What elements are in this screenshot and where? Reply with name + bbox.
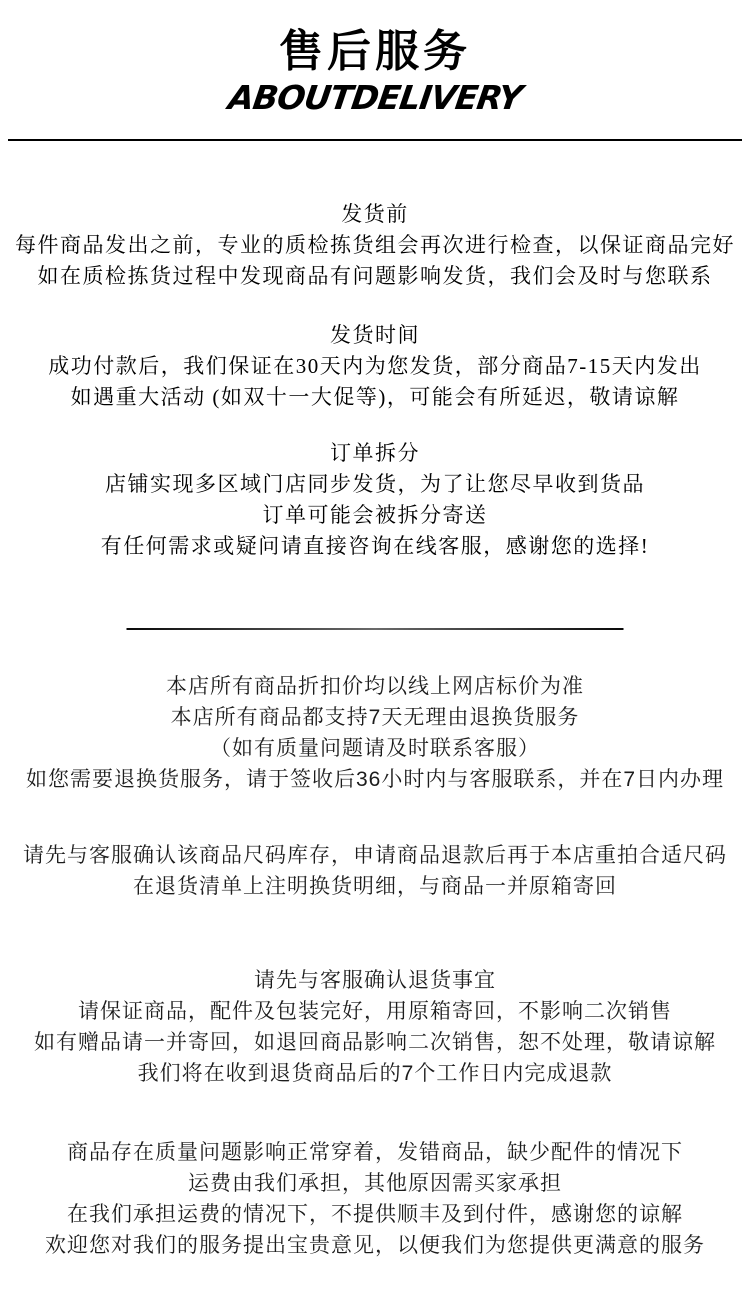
text-line: 本店所有商品都支持7天无理由退换货服务 [0, 702, 750, 733]
text-line: 每件商品发出之前，专业的质检拣货组会再次进行检查，以保证商品完好 [0, 230, 750, 261]
section-heading: 订单拆分 [0, 438, 750, 469]
section-heading: 发货前 [0, 199, 750, 230]
section-shipping-time: 发货时间 成功付款后，我们保证在30天内为您发货，部分商品7-15天内发出 如遇… [0, 320, 750, 413]
top-divider [8, 139, 742, 141]
text-line: 请先与客服确认该商品尺码库存，申请商品退款后再于本店重拍合适尺码 [0, 840, 750, 871]
section-pre-shipping: 发货前 每件商品发出之前，专业的质检拣货组会再次进行检查，以保证商品完好 如在质… [0, 199, 750, 292]
text-line: 请保证商品，配件及包装完好，用原箱寄回，不影响二次销售 [0, 996, 750, 1027]
text-line: 在退货清单上注明换货明细，与商品一并原箱寄回 [0, 871, 750, 902]
section-order-split: 订单拆分 店铺实现多区域门店同步发货，为了让您尽早收到货品 订单可能会被拆分寄送… [0, 438, 750, 562]
policy-block-exchange-steps: 请先与客服确认该商品尺码库存，申请商品退款后再于本店重拍合适尺码 在退货清单上注… [0, 840, 750, 902]
text-line: （如有质量问题请及时联系客服） [0, 733, 750, 764]
policy-block-return-confirmation: 请先与客服确认退货事宜 请保证商品，配件及包装完好，用原箱寄回，不影响二次销售 … [0, 965, 750, 1089]
text-line: 本店所有商品折扣价均以线上网店标价为准 [0, 671, 750, 702]
policy-block-pricing-returns: 本店所有商品折扣价均以线上网店标价为准 本店所有商品都支持7天无理由退换货服务 … [0, 671, 750, 795]
text-line: 如在质检拣货过程中发现商品有问题影响发货，我们会及时与您联系 [0, 261, 750, 292]
section-heading: 发货时间 [0, 320, 750, 351]
policy-block-shipping-fees: 商品存在质量问题影响正常穿着，发错商品，缺少配件的情况下 运费由我们承担，其他原… [0, 1137, 750, 1261]
text-line: 有任何需求或疑问请直接咨询在线客服，感谢您的选择! [0, 531, 750, 562]
page-title: 售后服务 [0, 26, 750, 78]
after-sales-page: 售后服务 ABOUTDELIVERY 发货前 每件商品发出之前，专业的质检拣货组… [0, 0, 750, 1289]
text-line: 如您需要退换货服务，请于签收后36小时内与客服联系，并在7日内办理 [0, 764, 750, 795]
text-line: 我们将在收到退货商品后的7个工作日内完成退款 [0, 1058, 750, 1089]
text-line: 欢迎您对我们的服务提出宝贵意见，以便我们为您提供更满意的服务 [0, 1230, 750, 1261]
text-line: 订单可能会被拆分寄送 [0, 500, 750, 531]
text-line: 店铺实现多区域门店同步发货，为了让您尽早收到货品 [0, 469, 750, 500]
middle-divider [127, 628, 624, 630]
text-line: 成功付款后，我们保证在30天内为您发货，部分商品7-15天内发出 [0, 351, 750, 382]
text-line: 在我们承担运费的情况下，不提供顺丰及到付件，感谢您的谅解 [0, 1199, 750, 1230]
text-line: 运费由我们承担，其他原因需买家承担 [0, 1168, 750, 1199]
text-line: 如遇重大活动 (如双十一大促等)，可能会有所延迟，敬请谅解 [0, 382, 750, 413]
page-subtitle: ABOUTDELIVERY [0, 78, 750, 118]
text-line: 商品存在质量问题影响正常穿着，发错商品，缺少配件的情况下 [0, 1137, 750, 1168]
text-line: 如有赠品请一并寄回，如退回商品影响二次销售，恕不处理，敬请谅解 [0, 1027, 750, 1058]
text-line: 请先与客服确认退货事宜 [0, 965, 750, 996]
